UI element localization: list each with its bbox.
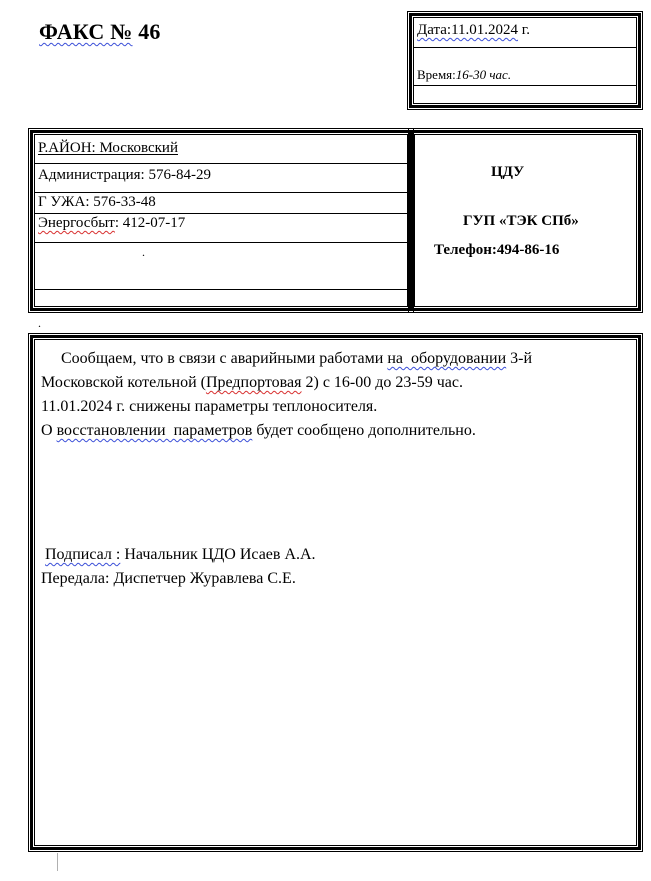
recipient-org-full: ГУП «ТЭК СПб» — [463, 213, 579, 230]
administration-phone: : 576-84-29 — [141, 167, 211, 183]
signed-value: Начальник ЦДО Исаев А.А. — [120, 546, 315, 563]
date-label: Дата:11.01.2024 — [417, 22, 518, 38]
district-label: Р.АЙОН: Московский — [38, 140, 178, 156]
text-cursor — [57, 853, 58, 871]
fax-label: ФАКС № — [39, 19, 133, 44]
recipient-phone-value: 494-86-16 — [497, 242, 560, 258]
time-row: Время:16-30 час. — [414, 48, 636, 86]
message-line-4-c: будет сообщено дополнительно. — [252, 422, 476, 439]
message-line-2-c: 2) с 16-00 до 23-59 час. — [301, 374, 462, 391]
signed-by: Подписал : Начальник ЦДО Исаев А.А. — [41, 543, 316, 567]
district-row: Р.АЙОН: Московский — [35, 135, 407, 164]
time-label: Время: — [417, 67, 456, 82]
message-line-3: 11.01.2024 г. снижены параметры теплонос… — [41, 395, 630, 419]
guzha-row: Г УЖА: 576-33-48 — [35, 193, 407, 214]
energosbyt-row: Энергосбыт: 412-07-17 — [35, 214, 407, 243]
message-box: Сообщаем, что в связи с аварийными работ… — [28, 333, 643, 852]
recipient-box: ЦДУ ГУП «ТЭК СПб» Телефон:494-86-16 — [408, 128, 643, 313]
message-line-4-a: О — [41, 422, 57, 439]
recipient-phone-label: Телефон: — [434, 242, 497, 258]
administration-row: Администрация: 576-84-29 — [35, 164, 407, 193]
message-line-4-b: восстановлении параметров — [57, 422, 253, 439]
message-text: Сообщаем, что в связи с аварийными работ… — [41, 347, 630, 443]
fax-title: ФАКС № 46 — [39, 19, 161, 45]
empty-row: . — [35, 243, 407, 290]
recipient-org-short: ЦДУ — [491, 164, 524, 181]
sent-by: Передала: Диспетчер Журавлева С.Е. — [41, 567, 316, 591]
recipient-phone: Телефон:494-86-16 — [434, 242, 559, 259]
energosbyt-label: Энергосбыт — [38, 215, 115, 231]
guzha-label: Г УЖА — [38, 194, 85, 210]
message-line-1: Сообщаем, что в связи с аварийными работ… — [41, 347, 630, 371]
date-time-box: Дата:11.01.2024 г. Время:16-30 час. — [407, 11, 643, 110]
separator-mark: . — [38, 316, 41, 331]
message-line-2: Московской котельной (Предпортовая 2) с … — [41, 371, 630, 395]
message-line-1-b: на оборудовании — [387, 350, 506, 367]
message-line-4: О восстановлении параметров будет сообще… — [41, 419, 630, 443]
fax-number: 46 — [138, 19, 160, 44]
message-line-1-c: 3-й — [506, 350, 532, 367]
message-line-1-a: Сообщаем, что в связи с аварийными работ… — [41, 350, 387, 367]
administration-label: Администрация — [38, 167, 141, 183]
signed-label: Подписал : — [45, 546, 120, 563]
signature-block: Подписал : Начальник ЦДО Исаев А.А. Пере… — [41, 543, 316, 591]
guzha-phone: : 576-33-48 — [85, 194, 155, 210]
date-row: Дата:11.01.2024 г. — [414, 18, 636, 48]
contacts-box: Р.АЙОН: Московский Администрация: 576-84… — [28, 128, 414, 313]
date-suffix: г. — [518, 22, 530, 38]
message-line-2-a: Московской котельной ( — [41, 374, 206, 391]
energosbyt-phone: : 412-07-17 — [115, 215, 185, 231]
time-value: 16-30 час. — [456, 67, 511, 82]
message-line-2-b: Предпортовая — [206, 374, 302, 391]
stray-mark: . — [142, 245, 145, 260]
